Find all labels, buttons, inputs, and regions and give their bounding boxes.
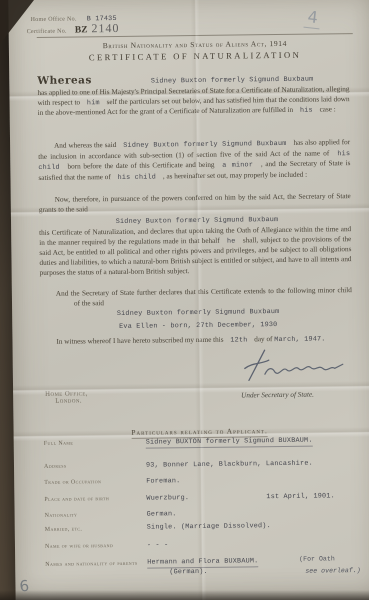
field-label-married: Married, etc. [45, 526, 83, 532]
background-corner-shadow [0, 0, 34, 44]
typed-insertion-day: 12th [230, 336, 247, 344]
field-value-nationality: German. [147, 510, 177, 518]
typed-insertion-him: him [87, 99, 100, 107]
paragraph-text: day of [254, 335, 272, 343]
field-label-nationality: Nationality [45, 512, 78, 518]
paragraph-text: of the said [74, 299, 104, 307]
under-secretary-title: Under Secretary of State. [241, 391, 314, 400]
field-label-parents: Names and nationality of parents [45, 561, 137, 568]
signature-icon [235, 343, 354, 388]
typed-insertion-his: his [300, 107, 313, 115]
field-value-occupation: Foreman. [146, 477, 180, 485]
whereas-word: Whereas [37, 74, 92, 87]
home-office-address: Home Office, London. [45, 390, 88, 405]
paragraph-child-inclusion: And whereas the said Sidney Buxton forme… [38, 138, 350, 185]
field-value-parents: Hermann and Flora BUXBAUM. [147, 557, 258, 568]
field-value-birth-place: Wuerzburg. [146, 494, 189, 503]
signature-ink [235, 343, 354, 388]
applicant-name-typed: Sidney Buxton formerly Sigmund Buxbaum [151, 76, 314, 86]
field-label-birth: Place and date of birth [44, 496, 109, 503]
paragraph-text: case : [320, 106, 336, 114]
field-label-full-name: Full Name [44, 441, 74, 447]
document-title: CERTIFICATE OF NATURALIZATION [9, 49, 369, 64]
child-name-typed: Eva Ellen - born, 27th December, 1930 [12, 320, 369, 333]
paragraph-text: And the Secretary of State further decla… [56, 286, 352, 298]
paragraph-rights: this Certificate of Naturalization, and … [39, 225, 352, 278]
typed-insertion-he: he [227, 237, 236, 245]
field-value-parents-nationality: (German). [169, 568, 208, 576]
paragraph-text: And whereas the said [54, 141, 116, 150]
applicant-name-typed: Sidney Buxton formerly Sigmund Buxbaum [123, 140, 286, 150]
pencil-annotation-top: 4 [303, 7, 321, 30]
field-label-address: Address [44, 464, 67, 470]
certificate-number-prefix: BZ [75, 25, 88, 35]
paragraph-applied: has applied to one of His Majesty's Prin… [37, 85, 349, 120]
field-value-spouse: - - - [147, 541, 169, 549]
certificate-number-digits: 2140 [91, 21, 119, 35]
photo-background: Home Office No. B 17435 Certificate No. … [0, 0, 369, 600]
field-label-occupation: Trade or Occupation [44, 479, 101, 486]
oath-note-line1: (For Oath [299, 555, 335, 562]
field-value-married: Single. (Marriage Dissolved). [147, 522, 271, 532]
paragraph-text: born before the date of this Certificate… [67, 161, 214, 171]
paragraph-text: In witness whereof I have hereto subscri… [56, 336, 223, 346]
field-label-spouse: Name of wife or husband [45, 543, 113, 550]
certificate-document: Home Office No. B 17435 Certificate No. … [8, 0, 369, 600]
background-bottom-shadow [0, 590, 369, 600]
paragraph-text: , as hereinafter set out, may properly b… [163, 171, 307, 181]
home-office-line2: London. [55, 397, 88, 404]
typed-insertion-his-child: his child [118, 174, 157, 182]
field-value-birth-date: 1st April, 1901. [266, 492, 335, 501]
paragraph-extends: And the Secretary of State further decla… [40, 286, 352, 309]
field-value-address: 93, Bonner Lane, Blackburn, Lancashire. [146, 460, 313, 470]
paragraph-grants: Now, therefore, in pursuance of the powe… [39, 192, 351, 215]
oath-note-line2: see overleaf.) [305, 567, 360, 575]
typed-insertion-a-minor: a minor [222, 162, 253, 170]
field-value-full-name: Sidney BUXTON formerly Sigmund BUXBAUM. [146, 437, 313, 449]
